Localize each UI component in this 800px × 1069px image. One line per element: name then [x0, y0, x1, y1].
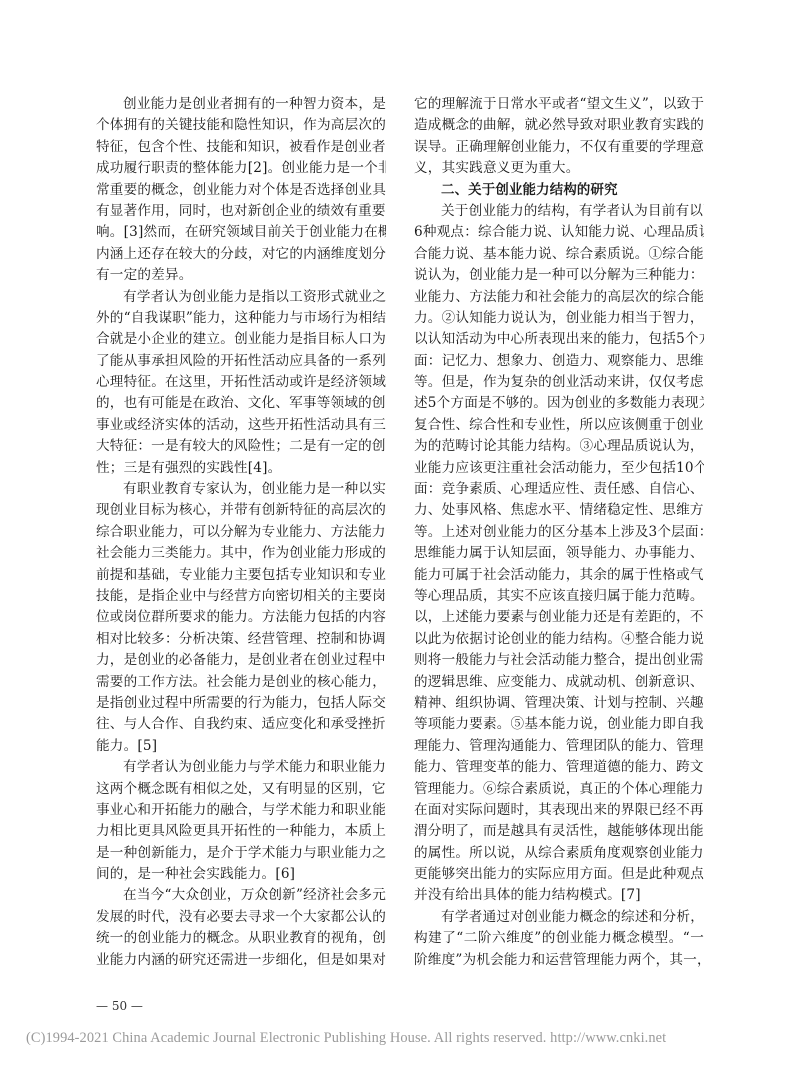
- text-line: 综合职业能力，可以分解为专业能力、方法能力和: [96, 522, 386, 543]
- text-line: 则将一般能力与社会活动能力整合，提出创业需要: [414, 650, 704, 671]
- text-line: 往、与人合作、自我约束、适应变化和承受挫折的: [96, 714, 386, 735]
- text-line: 并没有给出具体的能力结构模式。[7]: [414, 885, 704, 906]
- text-line: 位或岗位群所要求的能力。方法能力包括的内容: [96, 607, 386, 628]
- text-line: 间的，是一种社会实践能力。[6]: [96, 864, 386, 885]
- text-line: 构建了“二阶六维度”的创业能力概念模型。“一: [414, 928, 704, 949]
- text-line: 成功履行职责的整体能力[2]。创业能力是一个非: [96, 158, 386, 179]
- text-line: 造成概念的曲解，就必然导致对职业教育实践的: [414, 115, 704, 136]
- text-line: 相对比较多：分析决策、经营管理、控制和协调能: [96, 629, 386, 650]
- text-line: 技能，是指企业中与经营方向密切相关的主要岗: [96, 586, 386, 607]
- text-line: 有显著作用，同时，也对新创企业的绩效有重要影: [96, 201, 386, 222]
- text-line: 它的理解流于日常水平或者“望文生义”，以致于: [414, 94, 704, 115]
- text-line: 说认为，创业能力是一种可以分解为三种能力：专: [414, 265, 704, 286]
- text-line: 业能力应该更注重社会活动能力，至少包括10个方: [414, 458, 704, 479]
- text-line: 等。但是，作为复杂的创业活动来讲，仅仅考虑上: [414, 372, 704, 393]
- text-line: 事业心和开拓能力的融合，与学术能力和职业能: [96, 800, 386, 821]
- text-line: 是指创业过程中所需要的行为能力，包括人际交: [96, 693, 386, 714]
- text-line: 创业能力是创业者拥有的一种智力资本，是: [96, 94, 386, 115]
- text-line: 管理能力。⑥综合素质说，真正的个体心理能力，: [414, 779, 704, 800]
- text-line: 能力。[5]: [96, 736, 386, 757]
- text-line: 能力可属于社会活动能力，其余的属于性格或气质: [414, 565, 704, 586]
- text-line: 阶维度”为机会能力和运营管理能力两个，其一，: [414, 950, 704, 971]
- left-column: 创业能力是创业者拥有的一种智力资本，是个体拥有的关键技能和隐性知识，作为高层次的…: [96, 94, 386, 971]
- text-line: 以认知活动为中心所表现出来的能力，包括5个方: [414, 329, 704, 350]
- text-line: 的属性。所以说，从综合素质角度观察创业能力，: [414, 843, 704, 864]
- text-line: 是一种创新能力，是介于学术能力与职业能力之: [96, 843, 386, 864]
- text-line: 能力、管理变革的能力、管理道德的能力、跨文化的: [414, 757, 704, 778]
- text-line: 误导。正确理解创业能力，不仅有重要的学理意: [414, 137, 704, 158]
- text-line: 有职业教育专家认为，创业能力是一种以实: [96, 479, 386, 500]
- text-line: 现创业目标为核心，并带有创新特征的高层次的: [96, 500, 386, 521]
- text-line: 面：竞争素质、心理适应性、责任感、自信心、克制能: [414, 479, 704, 500]
- text-line: 渭分明了，而是越具有灵活性，越能够体现出能力: [414, 821, 704, 842]
- text-line: 性；三是有强烈的实践性[4]。: [96, 458, 386, 479]
- text-line: 6种观点：综合能力说、认知能力说、心理品质说、整: [414, 222, 704, 243]
- text-line: 有学者通过对创业能力概念的综述和分析，: [414, 907, 704, 928]
- text-line: 力，是创业的必备能力，是创业者在创业过程中所: [96, 650, 386, 671]
- text-line: 等。上述对创业能力的区分基本上涉及3个层面：: [414, 522, 704, 543]
- text-line: 思维能力属于认知层面，领导能力、办事能力、竞争: [414, 543, 704, 564]
- text-line: 精神、组织协调、管理决策、计划与控制、兴趣爱好: [414, 693, 704, 714]
- text-line: 外的“自我谋职”能力，这种能力与市场行为相结: [96, 308, 386, 329]
- text-line: 这两个概念既有相似之处，又有明显的区别，它是: [96, 779, 386, 800]
- text-line: 等心理品质，其实不应该直接归属于能力范畴。所: [414, 586, 704, 607]
- text-line: 事业或经济实体的活动，这些开拓性活动具有三: [96, 415, 386, 436]
- text-line: 以此为依据讨论创业的能力结构。④整合能力说: [414, 629, 704, 650]
- text-line: 复合性、综合性和专业性，所以应该侧重于创业行: [414, 415, 704, 436]
- text-line: 合就是小企业的建立。创业能力是指目标人口为: [96, 329, 386, 350]
- text-line: 有学者认为创业能力与学术能力和职业能力: [96, 757, 386, 778]
- section-heading: 二、关于创业能力结构的研究: [414, 180, 704, 201]
- text-line: 有学者认为创业能力是指以工资形式就业之: [96, 287, 386, 308]
- text-line: 为的范畴讨论其能力结构。③心理品质说认为，创: [414, 436, 704, 457]
- text-line: 面：记忆力、想象力、创造力、观察能力、思维能力: [414, 351, 704, 372]
- copyright-footer: (C)1994-2021 China Academic Journal Elec…: [26, 1030, 666, 1047]
- text-line: 内涵上还存在较大的分歧，对它的内涵维度划分: [96, 244, 386, 265]
- text-line: 发展的时代，没有必要去寻求一个大家都公认的: [96, 907, 386, 928]
- text-line: 力、处事风格、焦虑水平、情绪稳定性、思维方式: [414, 500, 704, 521]
- text-line: 在当今“大众创业，万众创新”经济社会多元: [96, 885, 386, 906]
- text-line: 合能力说、基本能力说、综合素质说。①综合能力: [414, 244, 704, 265]
- text-line: 有一定的差异。: [96, 265, 386, 286]
- text-line: 心理特征。在这里，开拓性活动或许是经济领域: [96, 372, 386, 393]
- text-line: 特征，包含个性、技能和知识，被看作是创业者能: [96, 137, 386, 158]
- text-line: 业能力内涵的研究还需进一步细化，但是如果对: [96, 950, 386, 971]
- text-line: 需要的工作方法。社会能力是创业的核心能力，: [96, 672, 386, 693]
- text-line: 个体拥有的关键技能和隐性知识，作为高层次的: [96, 115, 386, 136]
- text-line: 的逻辑思维、应变能力、成就动机、创新意识、求实: [414, 672, 704, 693]
- text-line: 理能力、管理沟通能力、管理团队的能力、管理差异: [414, 736, 704, 757]
- text-line: 关于创业能力的结构，有学者认为目前有以下: [414, 201, 704, 222]
- text-line: 等项能力要素。⑤基本能力说，创业能力即自我管: [414, 714, 704, 735]
- text-line: 义，其实践意义更为重大。: [414, 158, 704, 179]
- text-line: 响。[3]然而，在研究领域目前关于创业能力在概念: [96, 222, 386, 243]
- text-line: 以，上述能力要素与创业能力还是有差距的，不能: [414, 607, 704, 628]
- text-line: 在面对实际问题时，其表现出来的界限已经不再泾: [414, 800, 704, 821]
- right-column: 它的理解流于日常水平或者“望文生义”，以致于造成概念的曲解，就必然导致对职业教育…: [414, 94, 704, 971]
- text-line: 常重要的概念，创业能力对个体是否选择创业具: [96, 180, 386, 201]
- text-line: 业能力、方法能力和社会能力的高层次的综合能: [414, 287, 704, 308]
- text-line: 统一的创业能力的概念。从职业教育的视角，创: [96, 928, 386, 949]
- text-line: 述5个方面是不够的。因为创业的多数能力表现为: [414, 393, 704, 414]
- text-line: 的，也有可能是在政治、文化、军事等领域的创办: [96, 393, 386, 414]
- text-line: 更能够突出能力的实际应用方面。但是此种观点: [414, 864, 704, 885]
- text-line: 大特征：一是有较大的风险性；二是有一定的创新: [96, 436, 386, 457]
- text-line: 力相比更具风险更具开拓性的一种能力，本质上: [96, 821, 386, 842]
- text-line: 社会能力三类能力。其中，作为创业能力形成的: [96, 543, 386, 564]
- text-line: 力。②认知能力说认为，创业能力相当于智力，是: [414, 308, 704, 329]
- page-number: — 50 —: [96, 999, 143, 1013]
- text-line: 了能从事承担风险的开拓性活动应具备的一系列: [96, 351, 386, 372]
- text-line: 前提和基础，专业能力主要包括专业知识和专业: [96, 565, 386, 586]
